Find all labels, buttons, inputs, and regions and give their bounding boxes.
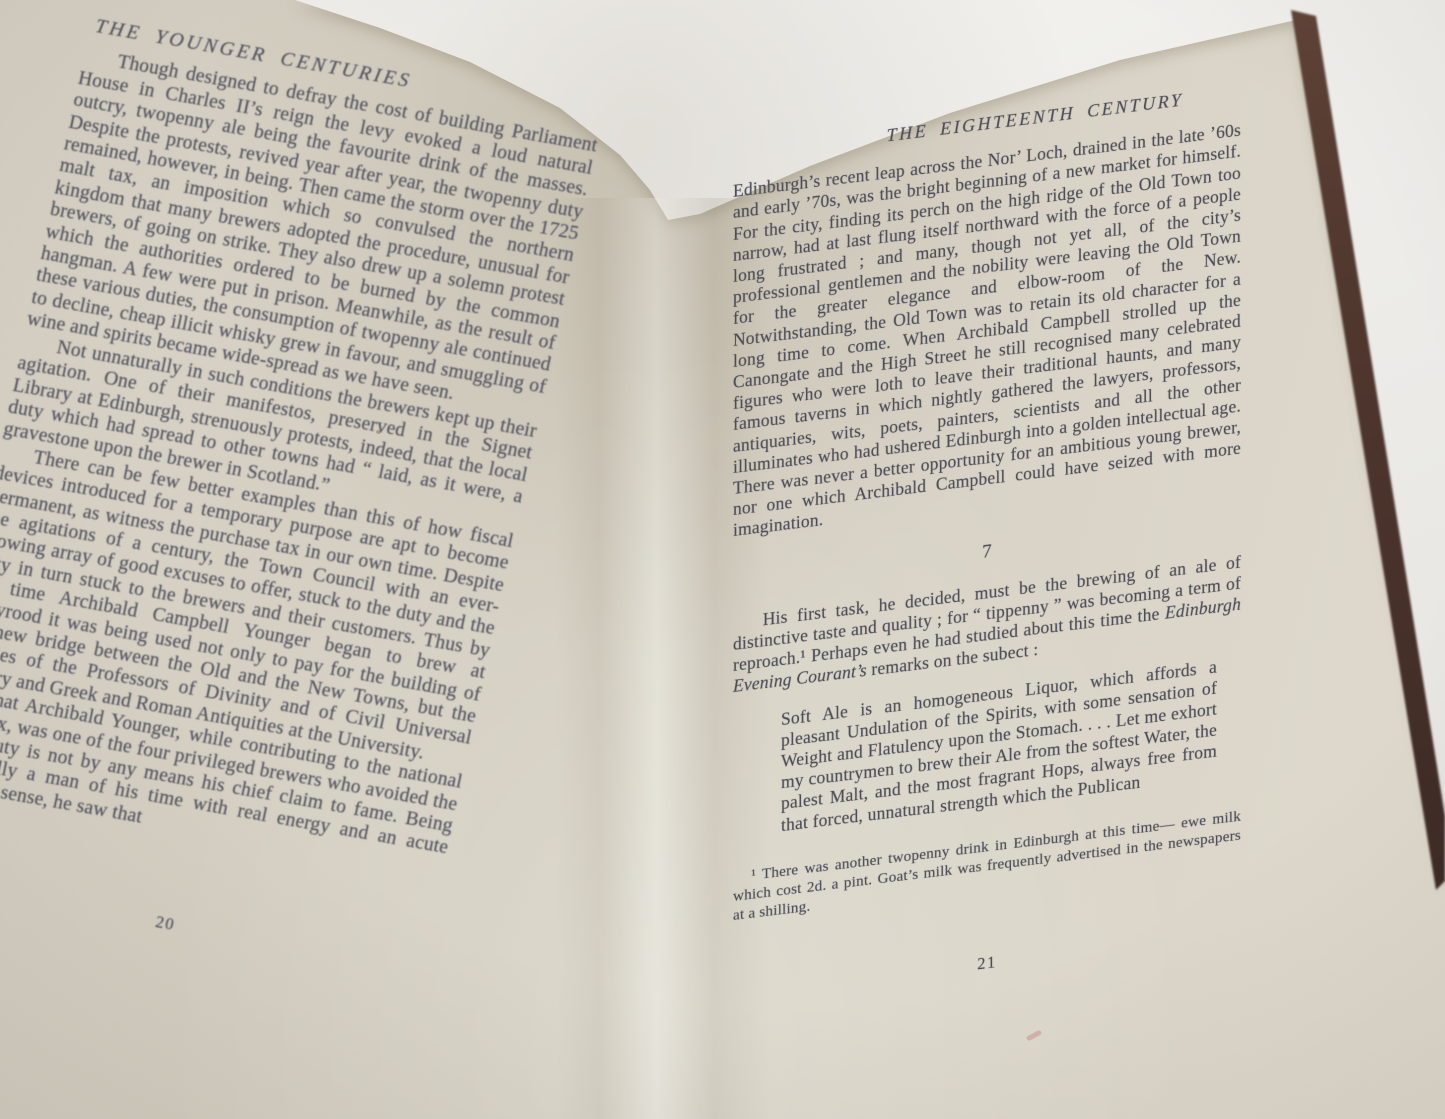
paper-scratch [1026, 1030, 1042, 1042]
right-page: THE EIGHTEENTH CENTURY Edinburgh’s recen… [733, 83, 1241, 1005]
left-page-number: 20 [0, 868, 425, 981]
left-page: THE YOUNGER CENTURIES Though designed to… [0, 14, 606, 980]
right-page-number: 21 [733, 921, 1241, 1004]
open-book-photo: THE YOUNGER CENTURIES Though designed to… [0, 0, 1445, 1119]
right-opening-paragraph: Edinburgh’s recent leap across the Nor’ … [733, 120, 1241, 542]
